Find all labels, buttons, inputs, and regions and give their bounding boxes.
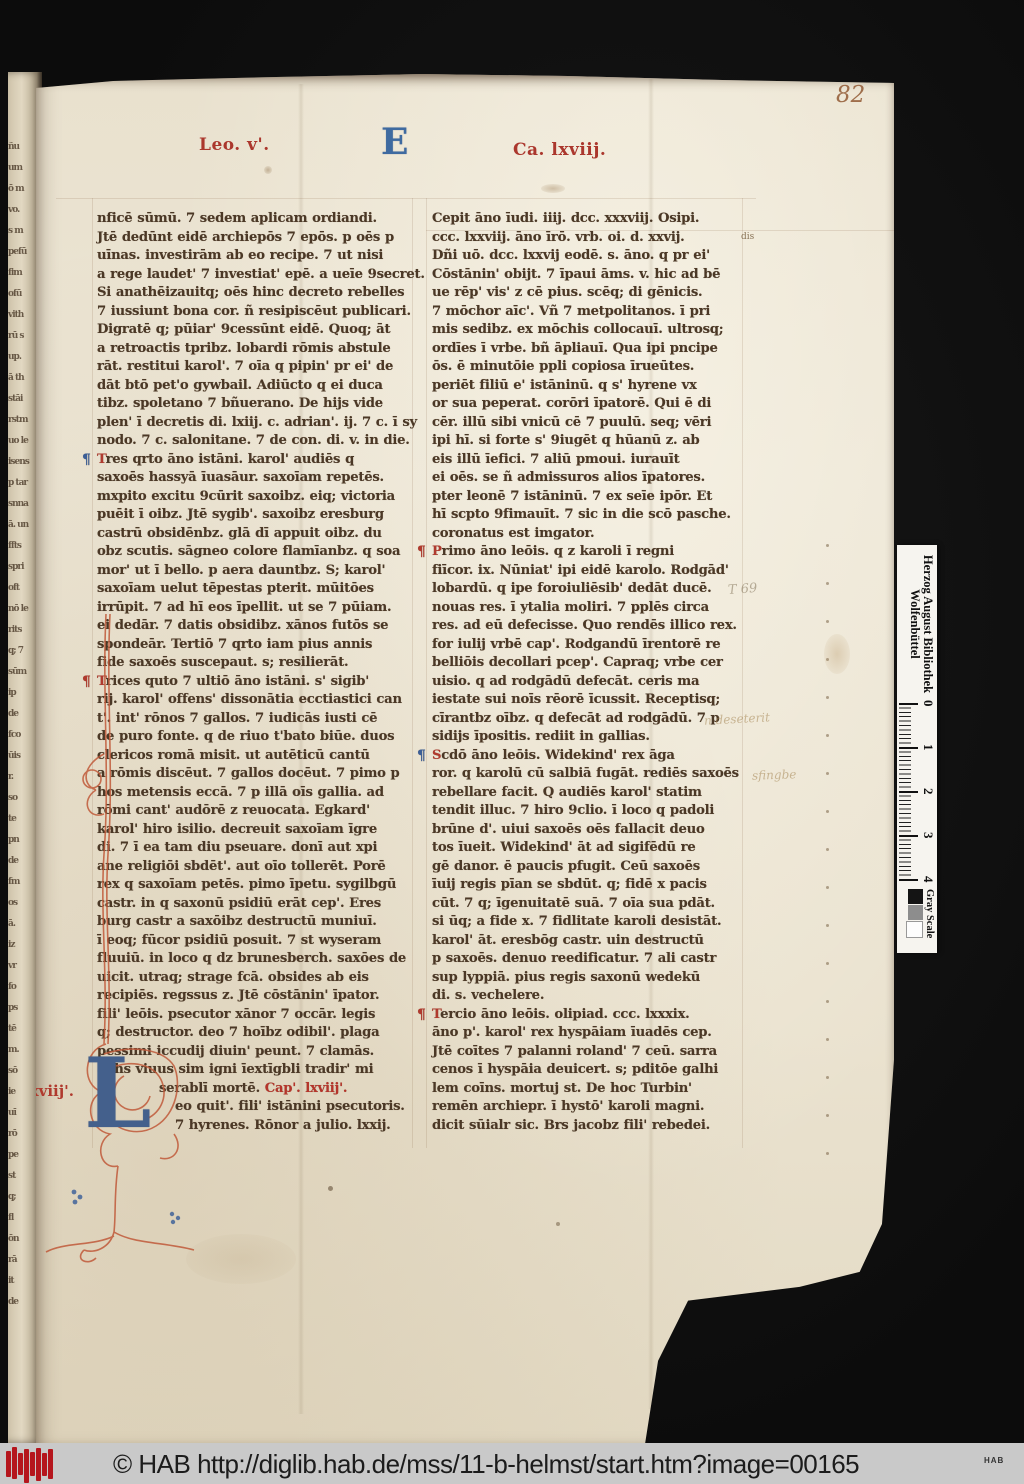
speck-1 — [328, 1186, 333, 1191]
facing-page-text-fragment: rā — [8, 1255, 38, 1265]
text-column-right: Cepit āno īudi. iiij. dcc. xxxviij. Osip… — [432, 210, 754, 1135]
manuscript-text-line: ue rēp' vis' z cē pius. scēq; di gēnicis… — [432, 284, 754, 303]
facing-page-text-fragment: rstm — [8, 415, 38, 425]
facing-page-text-fragment: ā th — [8, 373, 38, 383]
facing-page-text-fragment: it — [8, 1276, 38, 1286]
manuscript-text-line: īuij regis pīan se sbdūt. q; fidē x paci… — [432, 876, 754, 895]
pricking-dot — [826, 772, 829, 775]
pricking-dot — [826, 696, 829, 699]
manuscript-text-line: a retroactis tpribz. lobardi rōmis abstu… — [97, 340, 419, 359]
manuscript-text-line: nficē sūmū. 7 sedem aplicam ordiandi. — [97, 210, 419, 229]
facing-page-text-fragment: up. — [8, 352, 38, 362]
facing-page-text-fragment: de — [8, 856, 38, 866]
stain-bottom-faint — [186, 1234, 296, 1284]
gray-scale-patches: Gray Scale — [897, 889, 937, 938]
logo-bar — [36, 1448, 41, 1481]
facing-page-text-fragment: os — [8, 898, 38, 908]
facing-page-text-fragment: ōn — [8, 1234, 38, 1244]
manuscript-text-line: sidijs īpositis. rediit in gallias. — [432, 728, 754, 747]
facing-page-text-fragment: iz — [8, 940, 38, 950]
manuscript-text-line: puēit ī oibz. Jtē sygib'. saxoibz eresbu… — [97, 506, 419, 525]
facing-page-text-fragment: ffts — [8, 541, 38, 551]
pricking-dot — [826, 1038, 829, 1041]
facing-page-text-fragment: nō le — [8, 604, 38, 614]
pricking-dot — [826, 544, 829, 547]
manuscript-text-line: dāt btō pet'o gywbail. Adiūcto q ei duca — [97, 377, 419, 396]
manuscript-text-line: tendit illuc. 7 hiro 9clio. ī loco q pad… — [432, 802, 754, 821]
pricking-dot — [826, 734, 829, 737]
facing-page-text-fragment: fo — [8, 982, 38, 992]
pricking-dot — [826, 582, 829, 585]
logo-bar — [6, 1451, 11, 1477]
manuscript-text-line: uīnas. investirām ab eo recipe. 7 ut nis… — [97, 247, 419, 266]
manuscript-text-line: tos īueit. Widekind' āt ad sigifēdū re — [432, 839, 754, 858]
logo-bar — [18, 1453, 23, 1475]
pricking-dot — [826, 620, 829, 623]
manuscript-text-line: nouas res. ī ytalia moliri. 7 pplēs circ… — [432, 599, 754, 618]
manuscript-text-line: ordīes ī vrbe. bñ āpliauī. Qua ipi pncip… — [432, 340, 754, 359]
manuscript-text-line: ¶Tres qrto āno istāni. karol' audiēs q — [97, 451, 419, 470]
pricking-dot — [826, 886, 829, 889]
manuscript-text-line: saxoēs hassyā īuasāur. saxoīam repetēs. — [97, 469, 419, 488]
caption-tiny-mark: HAB — [984, 1456, 1004, 1465]
manuscript-text-line: fiīcor. ix. Nūniat' ipi eidē karolo. Rod… — [432, 562, 754, 581]
manuscript-text-line: lobardū. q ipe foroiuliēsib' dedāt ducē. — [432, 580, 754, 599]
manuscript-text-line: mor' ut ī bello. p aera dauntbz. S; karo… — [97, 562, 419, 581]
manuscript-text-line: a rege laudet' 7 investiat' epē. a ueīe … — [97, 266, 419, 285]
manuscript-text-line: karol' āt. eresbōg castr. uin destructū — [432, 932, 754, 951]
facing-page-text-fragment: fim — [8, 268, 38, 278]
manuscript-text-line: ipi hī. si forte s' 9iugēt q hūanū z. ab — [432, 432, 754, 451]
manuscript-text-line: p saxoēs. denuo reedificatur. 7 ali cast… — [432, 950, 754, 969]
facing-page-text-fragment: pe — [8, 1150, 38, 1160]
manuscript-text-line: gē danor. ē paucis pfugit. Ceū saxoēs — [432, 858, 754, 877]
pricking-dot — [826, 1152, 829, 1155]
pilcrow-mark: ¶ — [417, 747, 426, 766]
manuscript-text-line: ei oēs. se ñ admissuros alios īpatores. — [432, 469, 754, 488]
ruler-scale: 01234 — [897, 703, 937, 889]
facing-page-text-fragment: ip — [8, 688, 38, 698]
caption-bar: © HAB http://diglib.hab.de/mss/11-b-helm… — [0, 1443, 1024, 1484]
manuscript-text-line: cūt. 7 q; īgenuitatē suā. 7 oīa sua pdāt… — [432, 895, 754, 914]
manuscript-text-line: Dñi uō. dcc. lxxvij eodē. s. āno. q pr e… — [432, 247, 754, 266]
manuscript-text-line: dicit sūialr sic. Brs jacobz fili' rebed… — [432, 1117, 754, 1136]
manuscript-text-line: cēr. illū sibi vnicū cē 7 puulū. seq; vē… — [432, 414, 754, 433]
facing-page-text-fragment: st — [8, 1171, 38, 1181]
manuscript-text-line: nodo. 7 c. salonitane. 7 de con. di. v. … — [97, 432, 419, 451]
patch-gray — [908, 905, 923, 920]
manuscript-text-line: Jtē dedūnt eidē archiepōs 7 epōs. p oēs … — [97, 229, 419, 248]
gray-scale-ruler: Herzog August Bibliothek Wolfenbüttel 01… — [897, 545, 937, 953]
pricking-dot — [826, 810, 829, 813]
caption-url-text: © HAB http://diglib.hab.de/mss/11-b-helm… — [113, 1449, 859, 1480]
facing-page-text-fragment: uo le — [8, 436, 38, 446]
rubricated-initial: T — [432, 1007, 440, 1022]
manuscript-text-line: cenos ī hyspāia deuicert. s; pditōe galh… — [432, 1061, 754, 1080]
manuscript-text-line: belliōis decollari pcep'. Capraq; vrbe c… — [432, 654, 754, 673]
facing-page-text-fragment: te — [8, 814, 38, 824]
stain-right-margin — [824, 634, 850, 674]
pilcrow-mark: ¶ — [417, 543, 426, 562]
manuscript-text-line: rāt. restitui karol'. 7 oīa q pipin' pr … — [97, 358, 419, 377]
facing-page-text-fragment: isens — [8, 457, 38, 467]
facing-page-text-fragment: pefū — [8, 247, 38, 257]
logo-bar — [42, 1453, 47, 1476]
facing-page-text-fragment: rits — [8, 625, 38, 635]
manuscript-text-line: for iulij vrbē cap'. Rodgandū īrentorē r… — [432, 636, 754, 655]
institution-line-1: Herzog August Bibliothek — [921, 545, 934, 703]
ruler-number: 1 — [920, 744, 936, 751]
institution-line-2: Wolfenbüttel — [908, 545, 921, 703]
facing-page-text-fragment: r. — [8, 772, 38, 782]
pricking-dot — [826, 848, 829, 851]
manuscript-text-line: ccc. lxxviij. āno īrō. vrb. oi. d. xxvij… — [432, 229, 754, 248]
chapter-heading-rubric: Cap'. lxviij'. — [265, 1081, 347, 1096]
photograph-stage: ñuumō mvo.s mpefūfimofūvithrū sup.ā thst… — [0, 0, 1024, 1484]
manuscript-text-line: plen' ī decretis di. lxiij. c. adrian'. … — [97, 414, 419, 433]
manuscript-text-line: brūne d'. uiui saxoēs oēs fallacit deuo — [432, 821, 754, 840]
facing-page-text-fragment: fl — [8, 1213, 38, 1223]
quire-mark-initial-E: E — [381, 124, 408, 160]
manuscript-text-line: ¶Primo āno leōis. q z karoli ī regni — [432, 543, 754, 562]
ruler-number: 3 — [920, 832, 936, 839]
manuscript-text-line: or sua peperat. corōri īpatorē. Qui ē di — [432, 395, 754, 414]
manuscript-text-line: Cōstānin' obijt. 7 īpaui āms. v. hic ad … — [432, 266, 754, 285]
pricking-dot — [826, 1076, 829, 1079]
manuscript-text-line: rebellare facit. Q audiēs karol' statim — [432, 784, 754, 803]
facing-page-text-fragment: ā. — [8, 919, 38, 929]
ruler-major-tick — [899, 791, 918, 793]
facing-page-text-fragment: p tar — [8, 478, 38, 488]
manuscript-text-line: si ūq; a fide x. 7 fidlitate karoli desi… — [432, 913, 754, 932]
facing-page-text-fragment: stāi — [8, 394, 38, 404]
facing-page-text-fragment: snna — [8, 499, 38, 509]
stain-small-2 — [264, 166, 272, 174]
facing-page-text-fragment: q; — [8, 1192, 38, 1202]
facing-page-text-fragment: um — [8, 163, 38, 173]
logo-bar — [30, 1452, 35, 1476]
manuscript-text-line: Digratē q; pūiar' 9cessūnt eidē. Quoq; ā… — [97, 321, 419, 340]
manuscript-text-line: Cepit āno īudi. iiij. dcc. xxxviij. Osip… — [432, 210, 754, 229]
ruler-number: 4 — [920, 876, 936, 883]
manuscript-text-line: 7 iussiunt bona cor. ñ resipiscēut publi… — [97, 303, 419, 322]
facing-page-text-fragment: pn — [8, 835, 38, 845]
logo-bar — [48, 1449, 53, 1479]
facing-page-text-fragment: so — [8, 793, 38, 803]
speck-2 — [556, 1222, 560, 1226]
facing-page-text-fragment: fco — [8, 730, 38, 740]
facing-page-text-fragment: spri — [8, 562, 38, 572]
running-title-right: Ca. lxviij. — [513, 140, 606, 160]
manuscript-text-line: remēn archiepr. ī hystō' karoli magni. — [432, 1098, 754, 1117]
manuscript-text-line: lem coīns. mortuj st. De hoc Turbin' — [432, 1080, 754, 1099]
facing-page-text-fragment: ie — [8, 1087, 38, 1097]
gray-scale-label: Gray Scale — [924, 889, 935, 938]
ruler-number: 0 — [920, 700, 936, 707]
margin-faint-note-2: sfingbe — [752, 767, 797, 783]
facing-page-text-fragment: de — [8, 709, 38, 719]
manuscript-text-line: coronatus est imgator. — [432, 525, 754, 544]
manuscript-text-line: tibz. spoletano 7 bñuerano. De hijs vide — [97, 395, 419, 414]
facing-page-text-fragment: ofū — [8, 289, 38, 299]
manuscript-text-line: ror. q karolū cū salbiā fugāt. rediēs sa… — [432, 765, 754, 784]
stain-small-1 — [541, 184, 565, 193]
facing-page-text-fragment: oft — [8, 583, 38, 593]
manuscript-text-line: castrū obsidēnbz. glā dī appuit oibz. du — [97, 525, 419, 544]
patch-black — [908, 889, 923, 904]
pricking-dot — [826, 924, 829, 927]
pricking-dot — [826, 962, 829, 965]
facing-page-text-fragment: uī — [8, 1108, 38, 1118]
ruler-institution-label: Herzog August Bibliothek Wolfenbüttel — [897, 545, 937, 703]
manuscript-text-line: obz scutis. sāgneo colore flamīanbz. q s… — [97, 543, 419, 562]
rubricated-initial: S — [432, 748, 441, 763]
pricking-dot — [826, 1114, 829, 1117]
manuscript-text-line: ¶Scdō āno leōis. Widekind' rex āga — [432, 747, 754, 766]
pilcrow-mark: ¶ — [82, 451, 91, 470]
manuscript-text-line: pter leonē 7 istāninū. 7 ex seīe ipōr. E… — [432, 488, 754, 507]
facing-page-text-fragment: vr — [8, 961, 38, 971]
manuscript-text-line: Si anathēizauitq; oēs hinc decreto rebel… — [97, 284, 419, 303]
facing-page-text-fragment: m. — [8, 1045, 38, 1055]
pricking-dot — [826, 1000, 829, 1003]
manuscript-page: Leo. v'. E Ca. lxviij. 82 dis nficē sūmū… — [36, 74, 894, 1443]
illuminated-initial-L: L — [84, 1046, 152, 1142]
facing-page-text-fragment: q; 7 — [8, 646, 38, 656]
margin-pencil-note: T 69 — [728, 581, 758, 598]
ruler-number: 2 — [920, 788, 936, 795]
manuscript-text-line: Jtē coītes 7 palanni roland' 7 ceū. sarr… — [432, 1043, 754, 1062]
facing-page-text-fragment: fm — [8, 877, 38, 887]
manuscript-text-line: ōs. ē minutōie ppli copiosa īrueūtes. — [432, 358, 754, 377]
facing-page-text-fragment: vith — [8, 310, 38, 320]
logo-bar — [12, 1447, 17, 1479]
penwork-flourish — [44, 614, 214, 1264]
facing-page-text-fragment: ūis — [8, 751, 38, 761]
manuscript-text-line: eis illū īefici. 7 aliū pmoui. iurauīt — [432, 451, 754, 470]
facing-page-text-fragment: rū s — [8, 331, 38, 341]
patch-white — [906, 921, 923, 938]
facing-page-text-fragment: vo. — [8, 205, 38, 215]
rubricated-initial: T — [97, 452, 106, 467]
manuscript-text-line: iestate sui noīs rēorē īcussit. Receptis… — [432, 691, 754, 710]
manuscript-text-line: res. ad eū defecisse. Quo rendēs illico … — [432, 617, 754, 636]
facing-page-text-fragment: s m — [8, 226, 38, 236]
ruler-content: Herzog August Bibliothek Wolfenbüttel 01… — [897, 545, 937, 953]
facing-page-text-fragment: ō m — [8, 184, 38, 194]
facing-page-text-fragment: rō — [8, 1129, 38, 1139]
ruling-line-col2-left — [426, 198, 427, 1148]
manuscript-text-line: saxoīam uelut tēpestas pterit. mūitōes — [97, 580, 419, 599]
pilcrow-mark: ¶ — [417, 1006, 426, 1025]
logo-bar — [24, 1449, 29, 1483]
facing-page-text-fragment: sūm — [8, 667, 38, 677]
ruler-fine-ticks — [899, 703, 911, 883]
facing-page-text-fragment: ps — [8, 1003, 38, 1013]
rubricated-initial: P — [432, 544, 442, 559]
margin-faint-note-1: n deseterit — [704, 710, 771, 727]
facing-page-text-fragment: ā. un — [8, 520, 38, 530]
manuscript-text-line: hī scpto 9fimauīt. 7 sic in die scō pasc… — [432, 506, 754, 525]
facing-page-text-fragment: tē — [8, 1024, 38, 1034]
ruler-major-tick — [899, 835, 918, 837]
facing-page-text-fragment: de — [8, 1297, 38, 1307]
manuscript-text-line: di. s. vechelere. — [432, 987, 754, 1006]
facing-page-text-fragment: sō — [8, 1066, 38, 1076]
manuscript-text-line: ¶Tercio āno leōis. olipiad. ccc. lxxxix. — [432, 1006, 754, 1025]
manuscript-text-line: āno p'. karol' rex hyspāiam īuadēs cep. — [432, 1024, 754, 1043]
facing-page-text-fragment: ñu — [8, 142, 38, 152]
manuscript-text-line: uisio. q ad rodgādū defecāt. ceris ma — [432, 673, 754, 692]
hab-logo-icon — [6, 1445, 52, 1482]
ruler-major-tick — [899, 703, 918, 705]
running-title-left: Leo. v'. — [199, 135, 270, 155]
ruler-major-tick — [899, 879, 918, 881]
ruler-major-tick — [899, 747, 918, 749]
manuscript-text-line: mis sedibz. ex mōchis collocauī. ultrosq… — [432, 321, 754, 340]
folio-number: 82 — [836, 82, 865, 108]
manuscript-text-line: sup lyppiā. pius regis saxonū wedekū — [432, 969, 754, 988]
manuscript-text-line: periēt filiū e' istāninū. q s' hyrene vx — [432, 377, 754, 396]
manuscript-text-line: mxpito excitu 9cūrit saxoibz. eiq; victo… — [97, 488, 419, 507]
manuscript-text-line: 7 mōchor aīc'. Vñ 7 metpolitanos. ī pri — [432, 303, 754, 322]
